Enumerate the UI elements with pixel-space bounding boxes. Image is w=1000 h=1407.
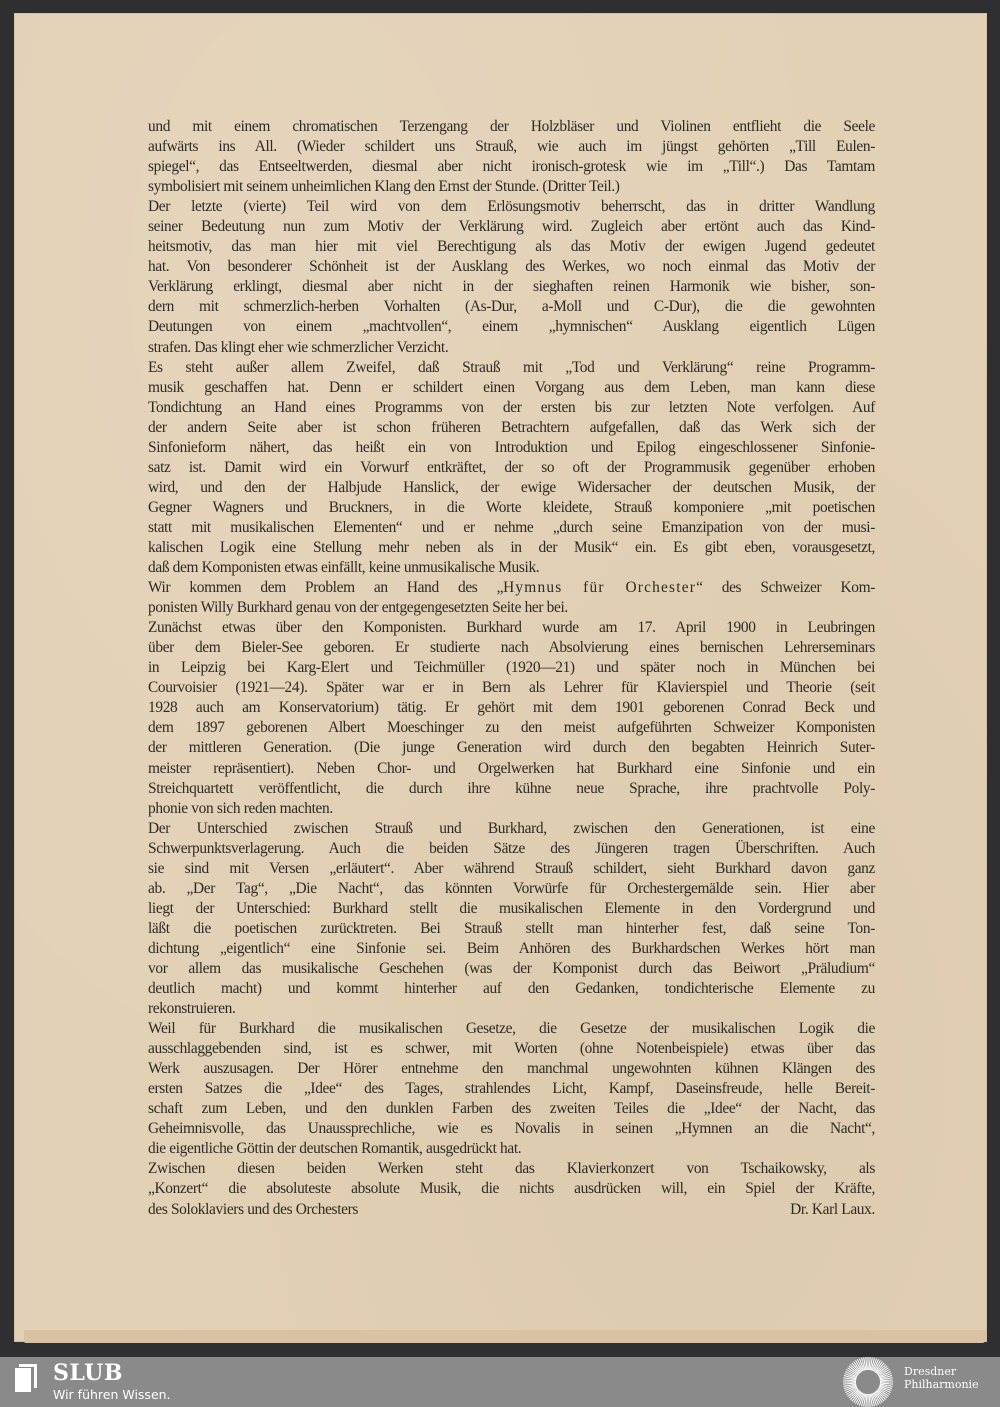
text-line: dern mit schmerzlich-herben Vorhalten (A… [148,297,875,317]
text-line: vor allem das musikalische Geschehen (wa… [148,959,875,979]
text-line: Der Unterschied zwischen Strauß und Burk… [148,819,875,839]
text-line: Zunächst etwas über den Komponisten. Bur… [148,618,875,638]
text-line: kalischen Logik eine Stellung mehr neben… [148,538,875,558]
text-line: spiegel“, das Entseeltwerden, diesmal ab… [148,157,875,177]
closing-text: des Soloklaviers und des Orchesters [148,1200,358,1220]
philharmonie-logo-icon[interactable] [840,1354,896,1407]
text-line: statt mit musikalischen Elementen“ und e… [148,518,875,538]
text-line: über dem Bieler-See geboren. Er studiert… [148,638,875,658]
philharmonie-line-1: Dresdner [904,1365,979,1378]
text-line: schaft zum Leben, und den dunklen Farben… [148,1099,875,1119]
text-line: liegt der Unterschied: Burkhard stellt d… [148,899,875,919]
slub-brand[interactable]: SLUB [53,1360,123,1386]
text-line: Gegner Wagners und Bruckners, in die Wor… [148,498,875,518]
text-line: deutlich macht) und kommt hinterher auf … [148,979,875,999]
text-line: heitsmotiv, das man hier mit viel Berech… [148,237,875,257]
text-line: die eigentliche Göttin der deutschen Rom… [148,1139,875,1159]
text-line: symbolisiert mit seinem unheimlichen Kla… [148,177,875,197]
text-line: satz ist. Damit wird ein Vorwurf entkräf… [148,458,875,478]
text-line: Tondichtung an Hand eines Programms von … [148,398,875,418]
text-line: Verklärung erklingt, diesmal aber nicht … [148,277,875,297]
page-edge [24,1330,986,1343]
text-line: der mittleren Generation. (Die junge Gen… [148,738,875,758]
closing-line: des Soloklaviers und des OrchestersDr. K… [148,1200,875,1220]
text-line: Es steht außer allem Zweifel, daß Strauß… [148,358,875,378]
text-line: ponisten Willy Burkhard genau von der en… [148,598,875,618]
text-line: 1928 auch am Konservatorium) tätig. Er g… [148,698,875,718]
text-line: ersten Satzes die „Idee“ des Tages, stra… [148,1079,875,1099]
text-line: Zwischen diesen beiden Werken steht das … [148,1159,875,1179]
text-line: Werk auszusagen. Der Hörer entnehme den … [148,1059,875,1079]
text-line: aufwärts ins All. (Wieder schildert uns … [148,137,875,157]
text-line: dichtung „eigentlich“ eine Sinfonie sei.… [148,939,875,959]
text-line: und mit einem chromatischen Terzengang d… [148,117,875,137]
text-line: „Konzert“ die absoluteste absolute Musik… [148,1179,875,1199]
text-line: dem 1897 geborenen Albert Moeschinger zu… [148,718,875,738]
slub-tagline: Wir führen Wissen. [53,1387,171,1402]
text-line: hat. Von besonderer Schönheit ist der Au… [148,257,875,277]
text-line: Wir kommen dem Problem an Hand des „Hymn… [148,578,875,598]
text-line: sie sind mit Versen „erläutert“. Aber wä… [148,859,875,879]
text-line: ab. „Der Tag“, „Die Nacht“, das könnten … [148,879,875,899]
text-line: in Leipzig bei Karg-Elert und Teichmülle… [148,658,875,678]
philharmonie-brand[interactable]: Dresdner Philharmonie [904,1365,979,1391]
text-line: Streichquartett veröffentlicht, die durc… [148,779,875,799]
author-signature: Dr. Karl Laux. [790,1200,875,1220]
text-line: der andern Seite aber ist schon früheren… [148,418,875,438]
text-line: seiner Bedeutung nun zum Motiv der Verkl… [148,217,875,237]
text-line: rekonstruieren. [148,999,875,1019]
footer-bar: SLUB Wir führen Wissen. Dresdner Philhar… [0,1357,1000,1407]
text-line: phonie von sich reden machten. [148,799,875,819]
slub-logo-icon[interactable] [13,1362,41,1394]
text-line: wird, und den der Halbjude Hanslick, der… [148,478,875,498]
philharmonie-line-2: Philharmonie [904,1378,979,1391]
text-line: Sinfonieform nähert, das heißt ein von I… [148,438,875,458]
text-line: musik geschaffen hat. Denn er schildert … [148,378,875,398]
text-line: Deutungen von einem „machtvollen“, einem… [148,317,875,337]
text-line: Der letzte (vierte) Teil wird von dem Er… [148,197,875,217]
text-line: strafen. Das klingt eher wie schmerzlich… [148,338,875,358]
text-line: Courvoisier (1921—24). Später war er in … [148,678,875,698]
text-line: meister repräsentiert). Neben Chor- und … [148,759,875,779]
text-line: läßt die poetischen zurücktreten. Bei St… [148,919,875,939]
text-line: Geheimnisvolle, das Unaussprechliche, wi… [148,1119,875,1139]
text-line: ausschlaggebenden sind, ist es schwer, m… [148,1039,875,1059]
text-line: daß dem Komponisten etwas einfällt, kein… [148,558,875,578]
text-line: Weil für Burkhard die musikalischen Gese… [148,1019,875,1039]
article-body: und mit einem chromatischen Terzengang d… [148,117,875,1220]
text-line: Schwerpunktsverlagerung. Auch die beiden… [148,839,875,859]
